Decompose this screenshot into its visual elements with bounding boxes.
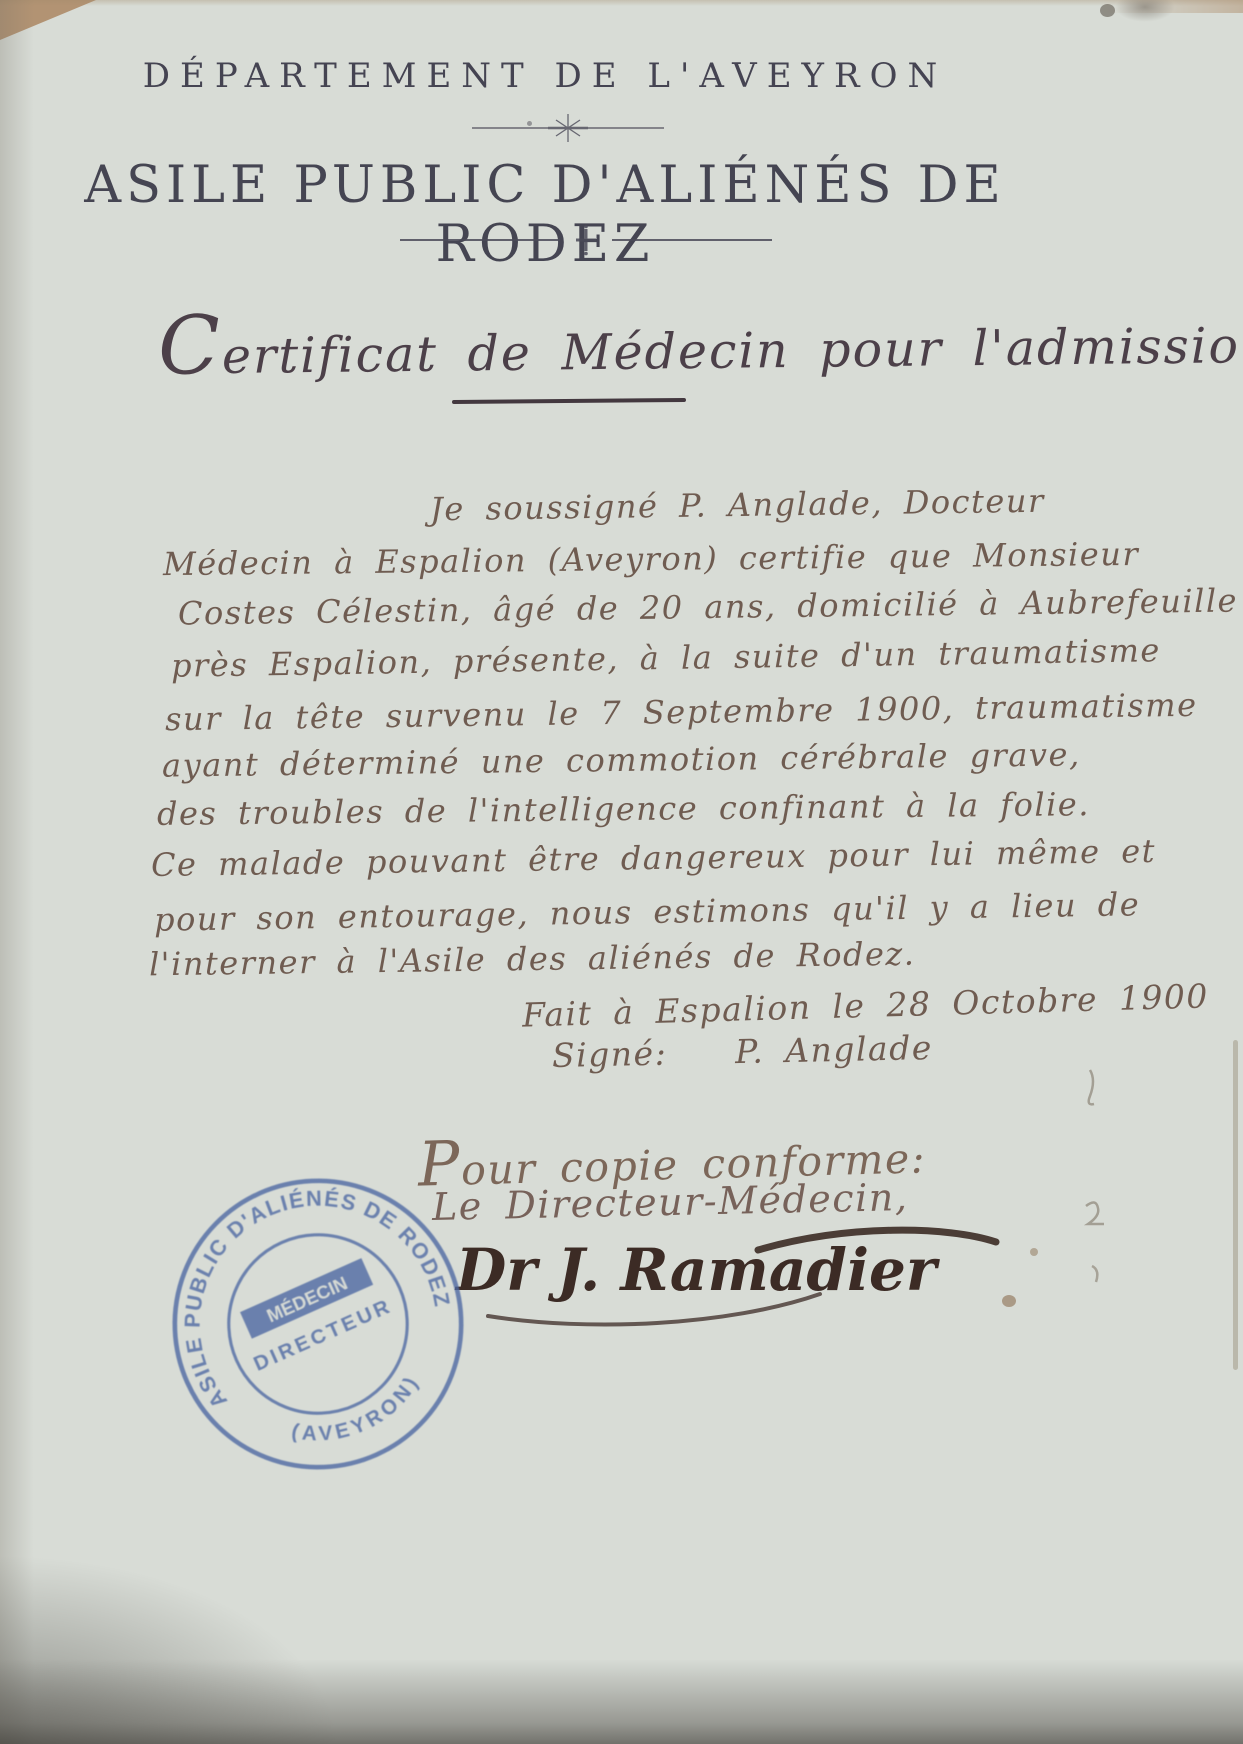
paper-smudge <box>1115 0 1175 22</box>
body-line: Je soussigné P. Anglade, Docteur <box>430 482 1045 529</box>
page-edge-line <box>1233 1040 1238 1370</box>
body-line: Costes Célestin, âgé de 20 ans, domicili… <box>178 582 1238 633</box>
document-photo: DÉPARTEMENT DE L'AVEYRON ASILE PUBLIC D'… <box>0 0 1243 1744</box>
signed-name: P. Anglade <box>735 1028 933 1071</box>
paper-top-edge-shadow <box>0 0 1243 6</box>
document-title: Certificat de Médecin pour l'admission d… <box>158 284 1243 393</box>
paper-blemish <box>1030 1248 1038 1256</box>
paper-left-edge-shadow <box>0 0 34 1744</box>
body-line: ayant déterminé une commotion cérébrale … <box>162 735 1081 784</box>
institution-heading: ASILE PUBLIC D'ALIÉNÉS DE RODEZ <box>40 156 1050 274</box>
ornament-divider-cross <box>398 224 774 256</box>
ornament-divider-asterisk <box>468 110 668 146</box>
photo-bottom-shadow <box>0 1659 1243 1744</box>
title-underline <box>452 398 686 404</box>
dateline: Fait à Espalion le 28 Octobre 1900 <box>522 976 1210 1034</box>
svg-text:(AVEYRON): (AVEYRON) <box>282 1365 435 1465</box>
signed-label: Signé: <box>552 1034 668 1075</box>
body-line: sur la tête survenu le 7 Septembre 1900,… <box>165 686 1198 738</box>
signature-text: Dr J. Ramadier <box>454 1236 941 1304</box>
body-line: Ce malade pouvant être dangereux pour lu… <box>151 832 1156 884</box>
signed-row: Signé:P. Anglade <box>552 1028 934 1075</box>
director-signature: Dr J. Ramadier <box>428 1198 1018 1338</box>
margin-ink-marks <box>1072 1060 1122 1360</box>
body-line: Médecin à Espalion (Aveyron) certifie qu… <box>163 535 1140 583</box>
stamp-arc-bottom-text: (AVEYRON) <box>282 1365 435 1465</box>
department-heading: DÉPARTEMENT DE L'AVEYRON <box>60 56 1030 96</box>
body-line: près Espalion, présente, à la suite d'un… <box>171 631 1161 685</box>
body-line: des troubles de l'intelligence confinant… <box>157 785 1090 833</box>
paper-blemish <box>1100 4 1115 17</box>
body-line: pour son entourage, nous estimons qu'il … <box>154 885 1141 938</box>
body-line: l'interner à l'Asile des aliénés de Rode… <box>149 935 916 984</box>
